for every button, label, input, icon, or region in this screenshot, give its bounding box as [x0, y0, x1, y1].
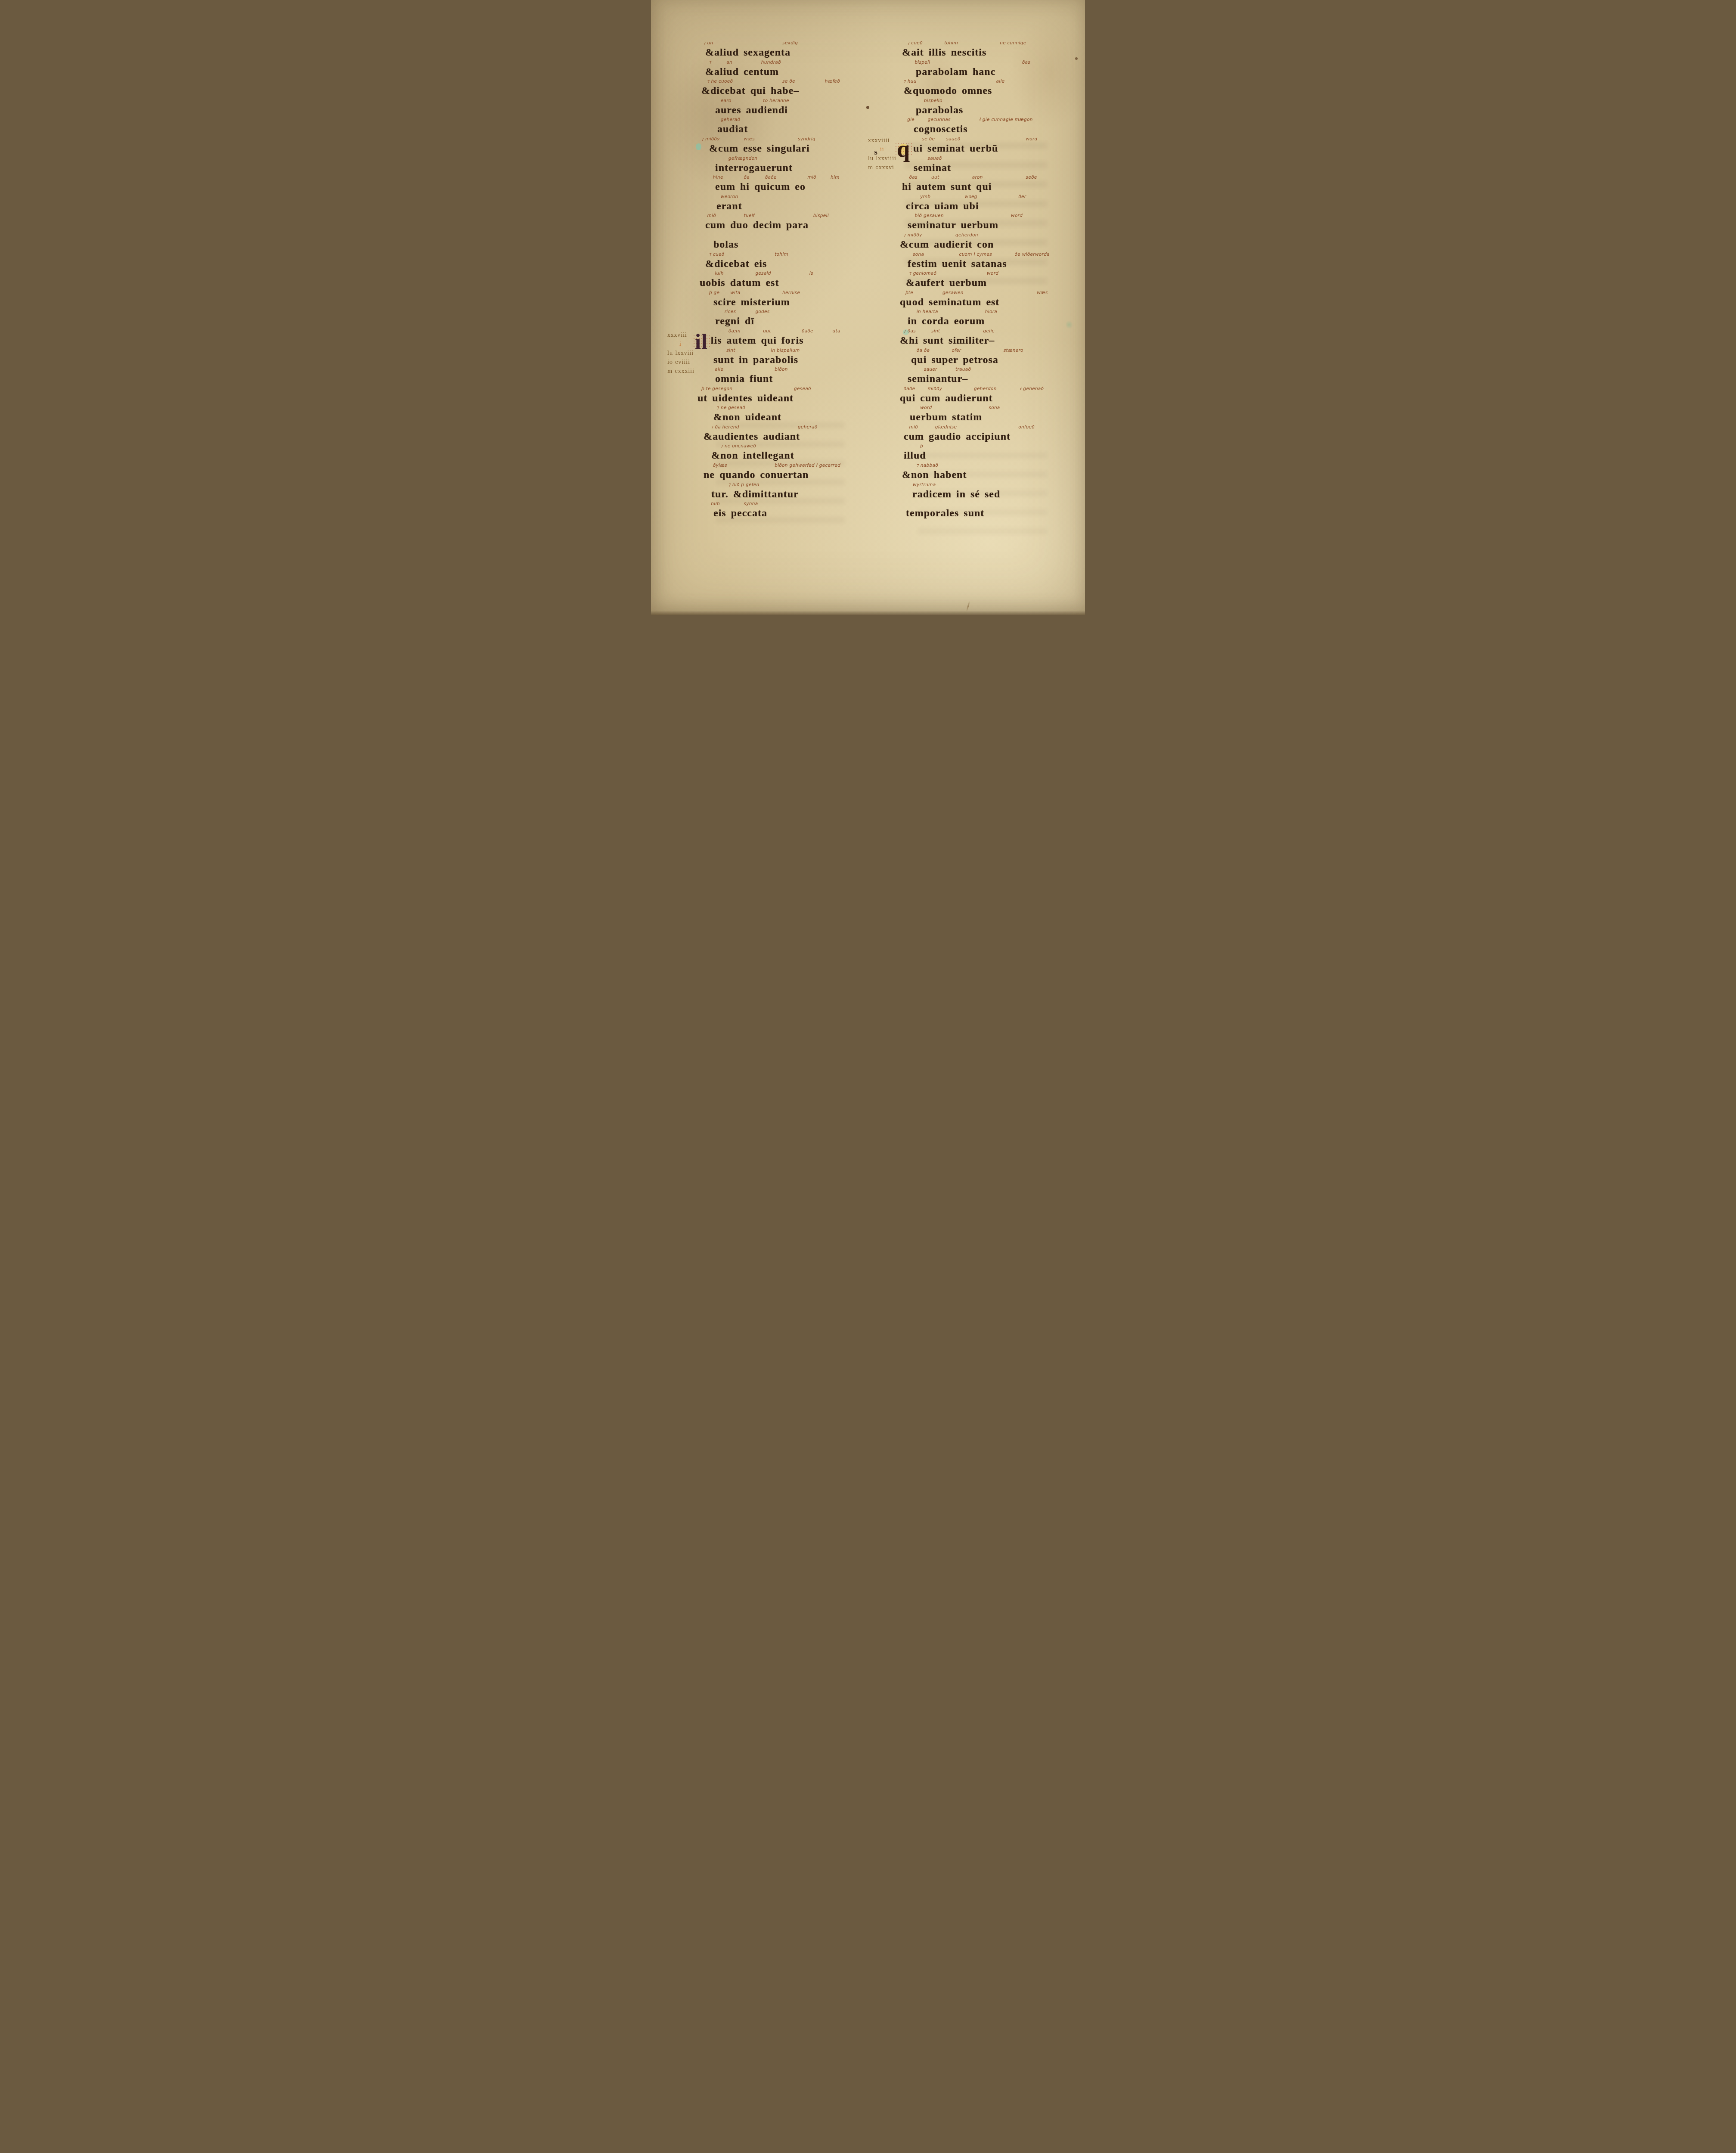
old-english-gloss: uta: [833, 329, 840, 334]
old-english-gloss: biðon: [775, 367, 788, 372]
text-line: þ te gesegongeseað ut uidentes uideant: [697, 386, 890, 406]
interlinear-gloss-row: þ gewitahernise: [697, 290, 890, 296]
latin-text-line: &cum esse singulari: [697, 143, 890, 155]
text-line: þ illud: [900, 444, 1085, 463]
column-left: ⁊ unsexdig &aliud sexagenta ⁊anhundrað &…: [697, 40, 890, 521]
text-line: bispello parabolas: [900, 98, 1085, 118]
latin-text-line: ne quando conuertan: [697, 469, 890, 481]
text-line: þ gewitahernise scire misterium: [697, 290, 890, 310]
old-english-gloss: gesawen: [942, 290, 964, 295]
old-english-gloss: tohim: [944, 40, 958, 46]
old-english-gloss: tuelf: [744, 213, 755, 218]
old-english-gloss: ðylæs: [713, 463, 727, 468]
old-english-gloss: ⁊ ne geseað: [717, 405, 745, 410]
old-english-gloss: ofer: [952, 348, 961, 353]
text-line: miðglædniseonfoeð cum gaudio accipiunt: [900, 425, 1085, 444]
interlinear-gloss-row: ymbwoegðer: [900, 194, 1085, 200]
old-english-gloss: sona: [989, 405, 1000, 410]
old-english-gloss: him: [831, 175, 840, 180]
old-english-gloss: sexdig: [782, 40, 798, 46]
interlinear-gloss-row: miðtuelfbispell: [697, 213, 890, 219]
old-english-gloss: an: [726, 60, 732, 65]
interlinear-gloss-row: ⁊ he cuoeðse ðehæfeð: [697, 79, 890, 85]
text-line: ⁊ geniomaðword &aufert uerbum: [900, 271, 1085, 290]
old-english-gloss: ł gehenað: [1020, 386, 1044, 391]
old-english-gloss: ða: [744, 175, 750, 180]
interlinear-gloss-row: sintin bispellum: [697, 348, 890, 354]
old-english-gloss: hernise: [782, 290, 800, 295]
interlinear-gloss-row: giegecunnasł gie cunnagie mægon: [900, 117, 1085, 123]
interlinear-gloss-row: iuihgesaldis: [697, 271, 890, 277]
latin-text-line: erant: [697, 200, 890, 212]
latin-text-line: regni dī: [697, 315, 890, 327]
text-line: gefrægndon interrogauerunt: [697, 156, 890, 175]
old-english-gloss: ⁊ un: [703, 40, 713, 46]
old-english-gloss: mið: [707, 213, 716, 218]
latin-text-line: uobis datum est: [697, 277, 890, 289]
latin-text-line: seminat: [900, 162, 1085, 174]
latin-text-line: bolas: [697, 239, 890, 251]
old-english-gloss: miððy: [928, 386, 942, 391]
text-line: ⁊ nabbað &non habent: [900, 463, 1085, 482]
text-line: ricesgodes regni dī: [697, 309, 890, 329]
interlinear-gloss-row: ðylæsbiðon gehwerfed ł gecerred: [697, 463, 890, 469]
text-line: allebiðon omnia fiunt: [697, 367, 890, 386]
interlinear-gloss-row: ðæmuutðaðeuta: [697, 329, 890, 335]
latin-text-line: &cum audierit con: [900, 239, 1085, 251]
old-english-gloss: sint: [931, 329, 940, 334]
old-english-gloss: ymb: [920, 194, 930, 199]
interlinear-gloss-row: wyrtruma: [900, 482, 1085, 488]
latin-text-line: temporales sunt: [900, 507, 1085, 519]
old-english-gloss: geherað: [721, 117, 741, 122]
interlinear-gloss-row: bið gesauenword: [900, 213, 1085, 219]
latin-text-line: &hi sunt similiter–: [900, 335, 1085, 347]
old-english-gloss: sauer: [924, 367, 937, 372]
latin-text-line: &dicebat qui habe–: [697, 85, 890, 97]
latin-text-line: cum gaudio accipiunt: [900, 431, 1085, 443]
old-english-gloss: iuih: [715, 271, 723, 276]
old-english-gloss: ðas: [909, 175, 918, 180]
old-english-gloss: tohim: [775, 252, 788, 257]
old-english-gloss: ðaðe: [765, 175, 777, 180]
old-english-gloss: ⁊: [709, 60, 712, 65]
interlinear-gloss-row: ⁊ unsexdig: [697, 40, 890, 47]
interlinear-gloss-row: geherað: [697, 117, 890, 123]
text-line: ⁊ unsexdig &aliud sexagenta: [697, 40, 890, 60]
latin-text-line: festim uenit satanas: [900, 258, 1085, 270]
text-line: ðaðemiððygeherdonł gehenað qui cum audie…: [900, 386, 1085, 406]
old-english-gloss: sint: [726, 348, 735, 353]
old-english-gloss: ⁊ huu: [904, 79, 917, 84]
text-line: se ðesaueðword qui seminat uerbū: [900, 137, 1085, 156]
latin-text-line: audiat: [697, 123, 890, 135]
latin-text-line: scire misterium: [697, 296, 890, 308]
old-english-gloss: syndrig: [798, 137, 815, 142]
old-english-gloss: earo: [721, 98, 732, 103]
latin-text-line: illud: [900, 450, 1085, 462]
latin-text-line: &ait illis nescitis: [900, 47, 1085, 59]
text-line: ⁊anhundrað &aliud centum: [697, 60, 890, 79]
text-line: ⁊ huualle &quomodo omnes: [900, 79, 1085, 98]
latin-text-line: &aliud sexagenta: [697, 47, 890, 59]
interlinear-gloss-row: ⁊ miððygeherdon: [900, 233, 1085, 239]
old-english-gloss: bispello: [924, 98, 942, 103]
old-english-gloss: word: [1026, 137, 1037, 142]
old-english-gloss: ⁊ miððy: [701, 137, 720, 142]
old-english-gloss: þ te gesegon: [701, 386, 732, 391]
old-english-gloss: hæfeð: [825, 79, 840, 84]
old-english-gloss: ⁊ ða herend: [711, 425, 739, 430]
text-line: ðylæsbiðon gehwerfed ł gecerred ne quand…: [697, 463, 890, 482]
interlinear-gloss-row: ⁊ ne geseað: [697, 405, 890, 411]
old-english-gloss: alle: [715, 367, 723, 372]
old-english-gloss: saueð: [928, 156, 942, 161]
old-english-gloss: sona: [913, 252, 924, 257]
text-line: wordsona uerbum statim: [900, 405, 1085, 425]
text-line: ⁊ ðassintgelic &hi sunt similiter–: [900, 329, 1085, 348]
old-english-gloss: mið: [807, 175, 816, 180]
interlinear-gloss-row: ⁊ cueðtohim: [697, 252, 890, 258]
interlinear-gloss-row: ⁊ nabbað: [900, 463, 1085, 469]
interlinear-gloss-row: se ðesaueðword: [900, 137, 1085, 143]
latin-text-line: &dicebat eis: [697, 258, 890, 270]
latin-text-line: &aliud centum: [697, 66, 890, 78]
interlinear-gloss-row: saueð: [900, 156, 1085, 162]
old-english-gloss: hundrað: [761, 60, 781, 65]
text-line: ⁊ miððygeherdon &cum audierit con: [900, 233, 1085, 252]
old-english-gloss: þ ge: [709, 290, 719, 295]
interlinear-gloss-row: ðaðemiððygeherdonł gehenað: [900, 386, 1085, 392]
text-line: giegecunnasł gie cunnagie mægon cognosce…: [900, 117, 1085, 137]
latin-text-line: in corda eorum: [900, 315, 1085, 327]
interlinear-gloss-row: wordsona: [900, 405, 1085, 411]
interlinear-gloss-row: þ te gesegongeseað: [697, 386, 890, 392]
old-english-gloss: is: [809, 271, 813, 276]
latin-text-line: omnia fiunt: [697, 373, 890, 385]
text-line: earoto heranne aures audiendi: [697, 98, 890, 118]
latin-text-line: seminantur–: [900, 373, 1085, 385]
old-english-gloss: gefrægndon: [728, 156, 758, 161]
old-english-gloss: ⁊ he cuoeð: [707, 79, 733, 84]
interlinear-gloss-row: ⁊ bið þ gefen: [697, 482, 890, 488]
interlinear-gloss-row: weoron: [697, 194, 890, 200]
interlinear-gloss-row: himsynna: [697, 501, 890, 507]
interlinear-gloss-row: [900, 501, 1085, 507]
old-english-gloss: se ðe: [922, 137, 935, 142]
old-english-gloss: ⁊ nabbað: [917, 463, 938, 468]
old-english-gloss: in bispellum: [771, 348, 800, 353]
interlinear-gloss-row: earoto heranne: [697, 98, 890, 104]
old-english-gloss: ⁊ cueð: [709, 252, 725, 257]
old-english-gloss: geherdon: [974, 386, 997, 391]
latin-text-line: qui super petrosa: [900, 354, 1085, 366]
old-english-gloss: ðas: [1022, 60, 1030, 65]
text-line: ⁊ cueðtohimne cunnige &ait illis nesciti…: [900, 40, 1085, 60]
interlinear-gloss-row: þ: [900, 444, 1085, 450]
old-english-gloss: ne cunnige: [1000, 40, 1026, 46]
interlinear-gloss-row: ricesgodes: [697, 309, 890, 315]
latin-text-line: uerbum statim: [900, 411, 1085, 423]
latin-text: lis autem qui foris: [711, 335, 804, 346]
old-english-gloss: wita: [730, 290, 740, 295]
interlinear-gloss-row: ðasuutaronseðe: [900, 175, 1085, 181]
interlinear-gloss-row: [697, 233, 890, 239]
text-line: sauertrauað seminantur–: [900, 367, 1085, 386]
old-english-gloss: gecunnas: [928, 117, 951, 122]
old-english-gloss: ⁊ bið þ gefen: [728, 482, 759, 487]
old-english-gloss: þte: [905, 290, 913, 295]
old-english-gloss: ⁊ geniomað: [909, 271, 937, 276]
old-english-gloss: ðaðe: [904, 386, 915, 391]
text-line: ymbwoegðer circa uiam ubi: [900, 194, 1085, 214]
old-english-gloss: aron: [972, 175, 983, 180]
latin-text-line: hi autem sunt qui: [900, 181, 1085, 193]
old-english-gloss: hine: [713, 175, 723, 180]
text-line: himsynna eis peccata: [697, 501, 890, 521]
old-english-gloss: seðe: [1026, 175, 1037, 180]
text-line: ⁊ cueðtohim &dicebat eis: [697, 252, 890, 271]
manuscript-page: xxxviiiilu lxxviiiio cviiiim cxxxiii xxx…: [651, 0, 1085, 615]
old-english-gloss: gelic: [983, 329, 995, 334]
text-line: ða ðeoferstænero qui super petrosa: [900, 348, 1085, 367]
page-bottom-edge: [651, 611, 1085, 615]
old-english-gloss: geherað: [798, 425, 818, 430]
interlinear-gloss-row: þtegesawenwæs: [900, 290, 1085, 296]
old-english-gloss: gesald: [755, 271, 771, 276]
text-line: ⁊ he cuoeðse ðehæfeð &dicebat qui habe–: [697, 79, 890, 98]
interlinear-gloss-row: bispellðas: [900, 60, 1085, 66]
old-english-gloss: ðæm: [728, 329, 741, 334]
old-english-gloss: þ: [920, 444, 923, 449]
interlinear-gloss-row: ⁊ miððywæssyndrig: [697, 137, 890, 143]
text-line: in heartahiora in corda eorum: [900, 309, 1085, 329]
text-line: hineðaðaðemiðhim eum hi quicum eo: [697, 175, 890, 194]
old-english-gloss: him: [711, 501, 720, 506]
old-english-gloss: geseað: [794, 386, 811, 391]
old-english-gloss: biðon gehwerfed ł gecerred: [775, 463, 840, 468]
interlinear-gloss-row: sauertrauað: [900, 367, 1085, 373]
latin-text-line: &audientes audiant: [697, 431, 890, 443]
old-english-gloss: godes: [755, 309, 769, 314]
text-line: weoron erant: [697, 194, 890, 214]
interlinear-gloss-row: ⁊ cueðtohimne cunnige: [900, 40, 1085, 47]
text-line: bið gesauenword seminatur uerbum: [900, 213, 1085, 233]
latin-text-line: radicem in sé sed: [900, 488, 1085, 500]
old-english-gloss: ðe wiðerworda: [1015, 252, 1050, 257]
interlinear-gloss-row: ⁊ huualle: [900, 79, 1085, 85]
decorated-initial-il: il: [693, 335, 710, 348]
text-line: ⁊ ne oncnaweð &non intellegant: [697, 444, 890, 463]
text-line: saueð seminat: [900, 156, 1085, 175]
latin-text-line: eum hi quicum eo: [697, 181, 890, 193]
text-line: temporales sunt: [900, 501, 1085, 521]
old-english-gloss: se ðe: [782, 79, 795, 84]
old-english-gloss: synna: [744, 501, 758, 506]
old-english-gloss: alle: [996, 79, 1005, 84]
latin-text-line: qui seminat uerbū: [900, 143, 1085, 155]
text-line: miðtuelfbispell cum duo decim para: [697, 213, 890, 233]
interlinear-gloss-row: miðglædniseonfoeð: [900, 425, 1085, 431]
text-line: iuihgesaldis uobis datum est: [697, 271, 890, 290]
latin-text-line: seminatur uerbum: [900, 219, 1085, 231]
latin-text-line: circa uiam ubi: [900, 200, 1085, 212]
latin-text-line: cum duo decim para: [697, 219, 890, 231]
interlinear-gloss-row: ⁊anhundrað: [697, 60, 890, 66]
text-line: wyrtruma radicem in sé sed: [900, 482, 1085, 502]
decorated-initial-q: q: [895, 143, 912, 155]
old-english-gloss: onfoeð: [1018, 425, 1035, 430]
text-line: ⁊ bið þ gefen tur. &dimittantur: [697, 482, 890, 502]
latin-text-line: tur. &dimittantur: [697, 488, 890, 500]
interlinear-gloss-row: sonacuom ł cymesðe wiðerworda: [900, 252, 1085, 258]
latin-text-line: &non intellegant: [697, 450, 890, 462]
old-english-gloss: woeg: [965, 194, 977, 199]
latin-text-line: ut uidentes uideant: [697, 392, 890, 404]
text-line: ⁊ miððywæssyndrig &cum esse singulari s: [697, 137, 890, 156]
text-line: bispellðas parabolam hanc: [900, 60, 1085, 79]
old-english-gloss: ⁊ ne oncnaweð: [721, 444, 756, 449]
text-line: sintin bispellum sunt in parabolis: [697, 348, 890, 367]
latin-text: ui seminat uerbū: [913, 143, 998, 154]
latin-text-line: interrogauerunt: [697, 162, 890, 174]
old-english-gloss: gie: [907, 117, 914, 122]
latin-text-line: qui cum audierunt: [900, 392, 1085, 404]
interlinear-gloss-row: ⁊ ðassintgelic: [900, 329, 1085, 335]
old-english-gloss: mið: [909, 425, 918, 430]
latin-text-line: &non uideant: [697, 411, 890, 423]
old-english-gloss: word: [1011, 213, 1023, 218]
interlinear-gloss-row: allebiðon: [697, 367, 890, 373]
latin-text-line: aures audiendi: [697, 104, 890, 116]
old-english-gloss: ðaðe: [802, 329, 813, 334]
old-english-gloss: saueð: [946, 137, 961, 142]
text-line: ⁊ ne geseað &non uideant: [697, 405, 890, 425]
old-english-gloss: word: [920, 405, 932, 410]
old-english-gloss: rices: [725, 309, 736, 314]
old-english-gloss: ł gie cunnagie mægon: [980, 117, 1033, 122]
old-english-gloss: in hearta: [917, 309, 938, 314]
interlinear-gloss-row: gefrægndon: [697, 156, 890, 162]
old-english-gloss: cuom ł cymes: [959, 252, 992, 257]
latin-text-line: cognoscetis: [900, 123, 1085, 135]
interlinear-gloss-row: hineðaðaðemiðhim: [697, 175, 890, 181]
latin-text-line: illis autem qui foris: [697, 335, 890, 348]
old-english-gloss: weoron: [721, 194, 738, 199]
interlinear-gloss-row: in heartahiora: [900, 309, 1085, 315]
old-english-gloss: ⁊ cueð: [907, 40, 923, 46]
old-english-gloss: bispell: [914, 60, 930, 65]
old-english-gloss: uut: [763, 329, 771, 334]
old-english-gloss: uut: [931, 175, 939, 180]
latin-text-line: parabolas: [900, 104, 1085, 116]
interlinear-gloss-row: bispello: [900, 98, 1085, 104]
old-english-gloss: glædnise: [935, 425, 957, 430]
column-right: ⁊ cueðtohimne cunnige &ait illis nesciti…: [900, 40, 1085, 521]
old-english-gloss: bispell: [813, 213, 829, 218]
old-english-gloss: bið gesauen: [914, 213, 943, 218]
interlinear-gloss-row: ⁊ ne oncnaweð: [697, 444, 890, 450]
old-english-gloss: stænero: [1004, 348, 1023, 353]
latin-text-line: parabolam hanc: [900, 66, 1085, 78]
text-line: ⁊ ða herendgeherað &audientes audiant: [697, 425, 890, 444]
interlinear-gloss-row: ⁊ geniomaðword: [900, 271, 1085, 277]
old-english-gloss: ⁊ ðas: [904, 329, 916, 334]
latin-text-line: &quomodo omnes: [900, 85, 1085, 97]
old-english-gloss: ⁊ miððy: [904, 233, 922, 238]
latin-text-line: quod seminatum est: [900, 296, 1085, 308]
old-english-gloss: wyrtruma: [913, 482, 936, 487]
latin-text-line: &non habent: [900, 469, 1085, 481]
old-english-gloss: ðer: [1018, 194, 1026, 199]
latin-text-line: &aufert uerbum: [900, 277, 1085, 289]
old-english-gloss: wæs: [744, 137, 755, 142]
old-english-gloss: wæs: [1037, 290, 1048, 295]
old-english-gloss: to heranne: [763, 98, 789, 103]
old-english-gloss: word: [987, 271, 998, 276]
old-english-gloss: hiora: [985, 309, 997, 314]
interlinear-gloss-row: ða ðeoferstænero: [900, 348, 1085, 354]
interlinear-gloss-row: ⁊ ða herendgeherað: [697, 425, 890, 431]
old-english-gloss: ða ðe: [917, 348, 930, 353]
text-line: ðasuutaronseðe hi autem sunt qui: [900, 175, 1085, 194]
text-line: ðæmuutðaðeuta illis autem qui foris: [697, 329, 890, 348]
latin-text-line: eis peccata: [697, 507, 890, 519]
text-line: geherað audiat: [697, 117, 890, 137]
text-line: þtegesawenwæs quod seminatum est: [900, 290, 1085, 310]
text-line: sonacuom ł cymesðe wiðerworda festim uen…: [900, 252, 1085, 271]
old-english-gloss: geherdon: [955, 233, 978, 238]
text-line: bolas: [697, 233, 890, 252]
old-english-gloss: trauað: [955, 367, 971, 372]
latin-text-line: sunt in parabolis: [697, 354, 890, 366]
